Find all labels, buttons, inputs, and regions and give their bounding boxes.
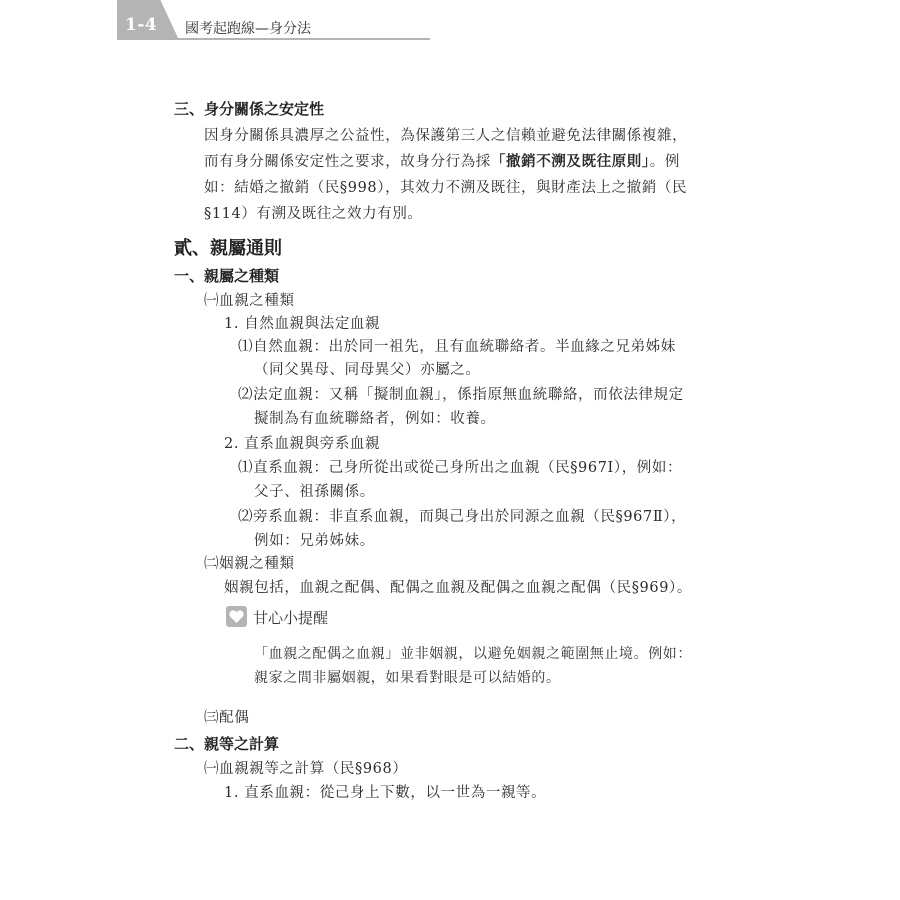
section-heading-stability: 三、身分關係之安定性	[174, 98, 324, 119]
part-heading-kinship-general: 貳、親屬通則	[174, 234, 282, 260]
paragraph-line: （同父異母、同母異父）亦屬之。	[254, 358, 481, 379]
paragraph-line: 例如：兄弟姊妹。	[254, 529, 375, 550]
tip-title: 甘心小提醒	[253, 607, 328, 628]
section-heading-kinship-types: 一、親屬之種類	[174, 265, 279, 286]
subsection-heading-spouse: ㈢配偶	[204, 706, 249, 727]
item-heading-natural-legal: 1. 自然血親與法定血親	[224, 312, 380, 333]
header-divider	[117, 38, 430, 40]
item-lineal-degree: 1. 直系血親：從己身上下數，以一世為一親等。	[224, 781, 546, 802]
heart-glyph	[229, 610, 244, 623]
page-number: 1-4	[125, 15, 157, 35]
paragraph-line: 擬制為有血統聯絡者，例如：收養。	[254, 407, 496, 428]
emphasis-principle: 「撤銷不溯及既往原則」	[491, 154, 650, 170]
subsection-heading-in-law-types: ㈡姻親之種類	[204, 552, 295, 573]
section-heading-degree-calculation: 二、親等之計算	[174, 733, 279, 754]
paragraph-line: ⑵旁系血親：非直系血親，而與己身出於同源之血親（民§967Ⅱ），	[238, 505, 686, 526]
paragraph-line: §114）有溯及既往之效力有別。	[204, 202, 423, 223]
book-title: 國考起跑線—身分法	[185, 18, 311, 38]
paragraph-line: 如：結婚之撤銷（民§998），其效力不溯及既往，與財產法上之撤銷（民	[204, 176, 687, 197]
paragraph-line: 父子、祖孫關係。	[254, 480, 375, 501]
subsection-heading-blood-kin-types: ㈠血親之種類	[204, 289, 295, 310]
tip-line: 親家之間非屬姻親，如果看對眼是可以結婚的。	[254, 667, 561, 687]
paragraph-line: ⑴直系血親：己身所從出或從己身所出之血親（民§967Ⅰ），例如：	[238, 456, 682, 477]
tip-line: 「血親之配偶之血親」並非姻親，以避免姻親之範圍無止境。例如：	[254, 643, 692, 663]
paragraph-line: 因身分關係具濃厚之公益性，為保護第三人之信賴並避免法律關係複雜，	[204, 124, 687, 145]
page-header: 1-4 國考起跑線—身分法	[117, 0, 430, 40]
paragraph-line: ⑵法定血親：又稱「擬制血親」，係指原無血統聯絡，而依法律規定	[238, 383, 684, 404]
subsection-heading-blood-degree: ㈠血親親等之計算（民§968）	[204, 757, 407, 778]
item-heading-lineal-collateral: 2. 直系血親與旁系血親	[224, 432, 380, 453]
text-span: 。例	[650, 154, 680, 170]
heart-icon	[226, 606, 247, 627]
paragraph-line: ⑴自然血親：出於同一祖先，且有血統聯絡者。半血緣之兄弟姊妹	[238, 335, 676, 356]
paragraph-line: 而有身分關係安定性之要求，故身分行為採「撤銷不溯及既往原則」。例	[204, 150, 680, 171]
text-span: 而有身分關係安定性之要求，故身分行為採	[204, 154, 491, 170]
paragraph-line: 姻親包括，血親之配偶、配偶之血親及配偶之血親之配偶（民§969）。	[224, 576, 692, 597]
